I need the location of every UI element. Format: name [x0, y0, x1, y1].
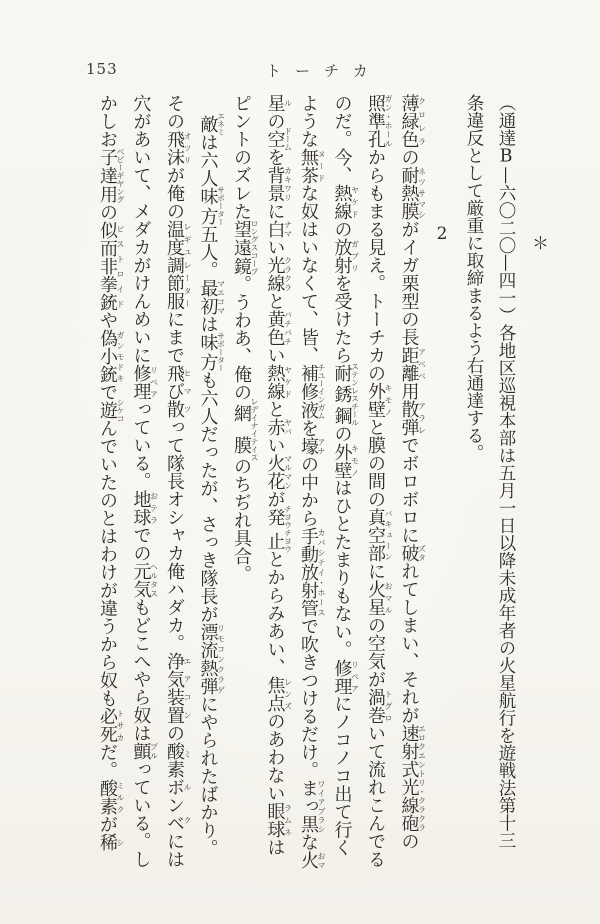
body-line: ような無茶ヌードな奴はいなくて、皆、補修液チユーインガムを壕アナの中から手動放射… — [292, 94, 326, 888]
ruby-annotated-word: 焦点レンズ — [265, 676, 286, 712]
ruby-annotated-word: 背景カキワリ — [265, 166, 286, 202]
ruby-annotated-word: 子達用ベビーギヤング — [97, 148, 118, 203]
body-line: ピントのズレた望遠鏡ロングスコープ。うわあ、俺の網膜レデイナイテイスのちぢれ具合… — [225, 94, 259, 888]
ruby-annotated-word: 光線クラクラ — [265, 256, 286, 292]
upright-character: 2 — [432, 224, 452, 244]
ruby-annotated-word: 温度調節服レギユレーター — [164, 220, 185, 310]
notice-line: 条違反として厳重に取締まるよう右通達する。 — [458, 94, 490, 888]
book-page: 153 トーチカ ＊（通達B—六〇二〇—四一）各地区巡視本部は五月一日以降未成年… — [0, 0, 600, 924]
ruby-annotated-word: 飛び散ヒマツ — [164, 364, 185, 418]
running-header-title: トーチカ — [266, 60, 382, 81]
ruby-annotated-word: 赤ヤバ — [265, 418, 286, 436]
ruby-annotated-word: 耐銹鋼ステンレスチール — [332, 364, 353, 425]
ruby-annotated-word: 稀シ — [97, 833, 118, 851]
body-line: 穴があいて、メダカがけんめいに修理リペアっている。地球おテラでの元気ヘルタスもど… — [125, 94, 159, 888]
body-line: 星ルの空ドームを背景カキワリに白ナマい光線クラクラと黄色パチパチい熱線ヤケドと赤… — [259, 94, 293, 888]
ruby-annotated-word: 味方サポーター — [198, 333, 219, 371]
ruby-annotated-word: 望遠鏡ロングスコープ — [231, 220, 252, 275]
vertical-text-block: ＊（通達B—六〇二〇—四一）各地区巡視本部は五月一日以降未成年者の火星航行を遊戦… — [91, 94, 554, 888]
ruby-annotated-word: 最初マエコマ — [198, 279, 219, 315]
ruby-annotated-word: 地球おテラ — [131, 490, 152, 526]
upright-character: B — [496, 147, 516, 167]
ruby-annotated-word: 破ズタ — [399, 544, 420, 562]
ruby-annotated-word: 発止チヨウチヨウ — [265, 508, 286, 550]
ruby-annotated-word: 網膜レデイナイテイス — [231, 401, 252, 457]
ruby-annotated-word: 敵エネミ — [198, 112, 219, 133]
ruby-annotated-word: 遊シケコ — [97, 401, 118, 419]
ruby-annotated-word: 星ル — [265, 94, 286, 112]
body-line: かしお子達用ベビーギヤングの似而非拳銃ピストロイドや偽小銃ガンモドキで遊シケコん… — [91, 94, 125, 888]
ruby-annotated-word: 漂流熱弾リモコンクラゲ — [198, 623, 219, 695]
ruby-annotated-word: 偽小銃ガンモドキ — [97, 329, 118, 383]
ruby-annotated-word: 外壁キモノ — [332, 443, 353, 479]
body-line: 薄緑色クロレラの耐熱膜ネツサマシがイガ栗型の長距離アベベ用散弾アラレでボロボロに… — [393, 94, 427, 888]
body-line: 照準孔ガン・ホールからもまる見え。トーチカの外壁キモノと膜の間の真空部バキューン… — [359, 94, 393, 888]
ruby-annotated-word: 飛沫オツリ — [164, 130, 185, 166]
body-line: 敵エネミは六人味方サポーター五人。最初マエコマは味方サポーターも六人だったが、さ… — [192, 94, 226, 888]
ruby-annotated-word: 味方サポーター — [198, 187, 219, 225]
ruby-annotated-word: 距離アベベ — [399, 346, 420, 382]
ruby-annotated-word: 浄気装置エアコン — [164, 652, 185, 724]
ruby-annotated-word: 似而非拳銃ピストロイド — [97, 221, 118, 311]
ruby-annotated-word: 外壁キモノ — [365, 382, 386, 418]
ruby-annotated-word: 空ドーム — [265, 130, 286, 148]
ruby-annotated-word: 火星おマル — [365, 580, 386, 616]
body-line: その飛沫オツリが俺の温度調節服レギユレーターにまで飛び散ヒマツって隊長オシャカ俺… — [158, 94, 192, 888]
ruby-annotated-word: 熱線ヤケド — [265, 364, 286, 400]
ruby-annotated-word: 黄色パチパチ — [265, 310, 286, 346]
ruby-annotated-word: 壕アナ — [298, 437, 319, 455]
ruby-annotated-word: 耐熱膜ネツサマシ — [399, 166, 420, 220]
ruby-annotated-word: 速射式光線砲エロクエントリ・クラクラ — [399, 724, 420, 832]
ruby-annotated-word: 眼球ラムネ — [265, 802, 286, 838]
ruby-annotated-word: 真空部バキューン — [365, 508, 386, 562]
notice-line: （通達B—六〇二〇—四一）各地区巡視本部は五月一日以降未成年者の火星航行を遊戦法… — [490, 94, 522, 888]
ruby-annotated-word: 酸素ボンベミルク — [164, 742, 185, 832]
ruby-annotated-word: 修理リペア — [332, 659, 353, 695]
ruby-annotated-word: 散弾アラレ — [399, 400, 420, 436]
ruby-annotated-word: 火花マルマン — [265, 454, 286, 490]
page-number: 153 — [86, 60, 118, 78]
section-heading: 2 — [426, 94, 458, 888]
ruby-annotated-word: 必死トサカ — [97, 707, 118, 743]
ruby-annotated-word: 火おマ — [298, 851, 319, 869]
ruby-annotated-word: 補修液チユーインガム — [298, 364, 319, 419]
ruby-annotated-word: 修理リペア — [131, 364, 152, 400]
body-line: のだ。今、熱線ヤケドの放射ガブリを受けたら耐銹鋼ステンレスチールの外壁キモノはひ… — [326, 94, 360, 888]
ruby-annotated-word: 照準孔ガン・ホール — [365, 94, 386, 148]
ruby-annotated-word: 放射ガブリ — [332, 238, 353, 274]
ruby-annotated-word: 白ナマ — [265, 220, 286, 238]
ruby-annotated-word: まっ黒ワイアブラシ — [298, 779, 319, 833]
ruby-annotated-word: 薄緑色クロレラ — [399, 94, 420, 148]
running-header: 153 トーチカ — [0, 58, 600, 80]
ruby-annotated-word: 熱線ヤケド — [332, 184, 353, 220]
ruby-annotated-word: 渦巻トグロ — [365, 688, 386, 724]
ruby-annotated-word: 酸素ミルク — [97, 779, 118, 815]
ruby-annotated-word: 手動放射管カパシテイ・ホース — [298, 527, 319, 617]
ruby-annotated-word: 元気ヘルタス — [131, 562, 152, 598]
ruby-annotated-word: 無茶ヌード — [298, 148, 319, 184]
separator-asterisk: ＊ — [522, 94, 554, 888]
ruby-annotated-word: 顫ブル — [131, 742, 152, 760]
